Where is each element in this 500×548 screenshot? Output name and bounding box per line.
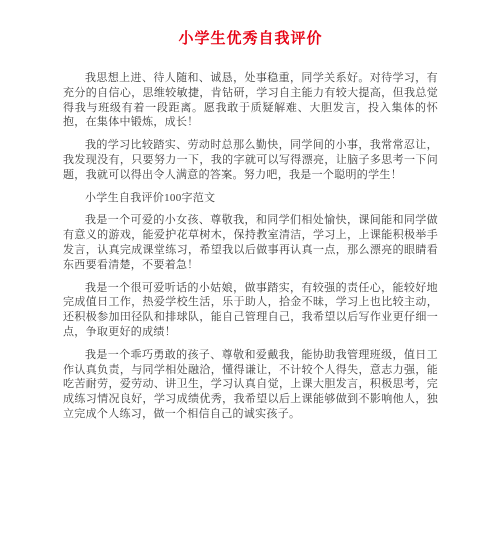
paragraph-1: 我思想上进、待人随和、诚恳，处事稳重，同学关系好。对待学习，有充分的自信心，思维… bbox=[63, 71, 438, 130]
paragraph-2: 我的学习比较踏实、劳动时总那么勤快，同学间的小事，我常常忍让，我发现没有，只要努… bbox=[63, 138, 438, 182]
section-subtitle: 小学生自我评价100字范文 bbox=[63, 191, 438, 206]
paragraph-4: 我是一个很可爱听话的小姑娘，做事踏实，有较强的责任心，能较好地 完成值日工作，热… bbox=[63, 281, 438, 340]
document-page: 小学生优秀自我评价 我思想上进、待人随和、诚恳，处事稳重，同学关系好。对待学习，… bbox=[0, 0, 500, 548]
paragraph-5: 我是一个乖巧勇敢的孩子、尊敬和爱戴我，能协助我管理班级，值日工作认真负责，与同学… bbox=[63, 348, 438, 422]
paragraph-3: 我是一个可爱的小女孩、尊敬我，和同学们相处愉快，课间能和同学做有意义的游戏，能爱… bbox=[63, 213, 438, 272]
document-title: 小学生优秀自我评价 bbox=[63, 27, 438, 48]
